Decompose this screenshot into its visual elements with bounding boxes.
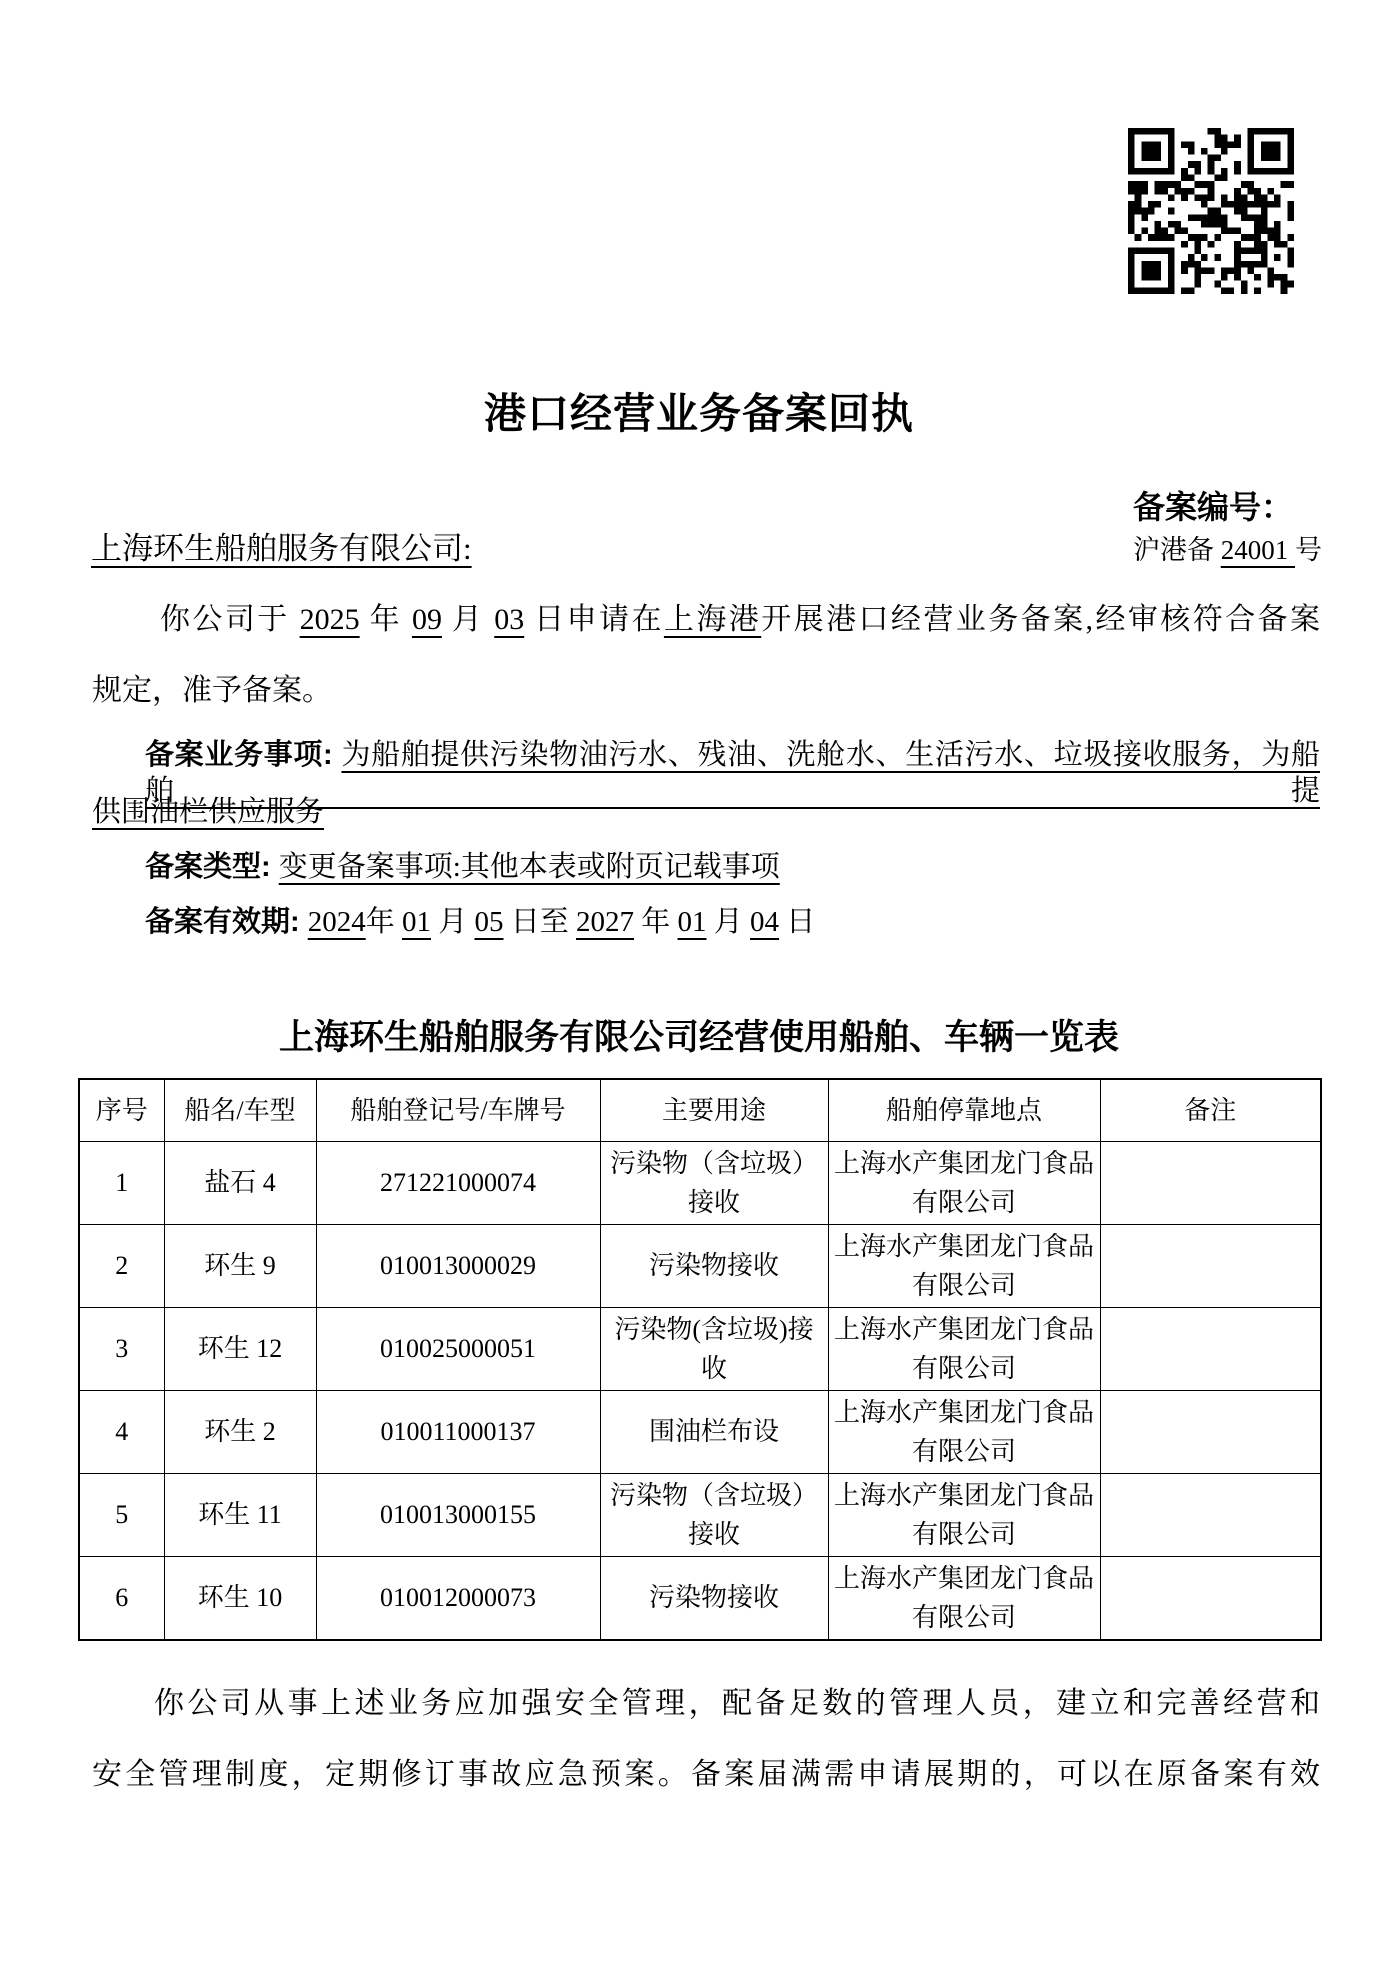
notice-line-1: 你公司于 2025 年 09 月 03 日申请在上海港开展港口经营业务备案,经审… <box>92 601 1320 639</box>
closing-line-2: 安全管理制度，定期修订事故应急预案。备案届满需申请展期的，可以在原备案有效 <box>92 1756 1320 1794</box>
cell-ship-name: 环生 10 <box>164 1556 316 1640</box>
header-ship-name: 船名/车型 <box>164 1079 316 1141</box>
cell-registry-no: 010011000137 <box>316 1390 600 1473</box>
header-berth-location: 船舶停靠地点 <box>828 1079 1100 1141</box>
cell-seq: 6 <box>79 1556 164 1640</box>
cell-berth-location: 上海水产集团龙门食品有限公司 <box>828 1307 1100 1390</box>
notice-line-2: 规定，准予备案。 <box>92 672 1320 710</box>
cell-berth-location: 上海水产集团龙门食品有限公司 <box>828 1390 1100 1473</box>
cell-main-use: 围油栏布设 <box>600 1390 828 1473</box>
port-name-value: 上海港 <box>664 603 761 636</box>
recipient-company: 上海环生船舶服务有限公司: <box>91 523 472 568</box>
cell-ship-name: 环生 11 <box>164 1473 316 1556</box>
document-title: 港口经营业务备案回执 <box>0 381 1398 441</box>
cell-main-use: 污染物(含垃圾)接收 <box>600 1307 828 1390</box>
filing-number-line: 备案编号： 沪港备 24001 号 <box>1106 451 1322 598</box>
header-seq: 序号 <box>79 1079 164 1141</box>
cell-registry-no: 010012000073 <box>316 1556 600 1640</box>
filing-number-prefix: 沪港备 <box>1133 535 1221 565</box>
filing-type-label: 备案类型: <box>145 851 279 883</box>
cell-ship-name: 环生 2 <box>164 1390 316 1473</box>
filing-type-value: 变更备案事项:其他本表或附页记载事项 <box>279 851 780 883</box>
cell-berth-location: 上海水产集团龙门食品有限公司 <box>828 1556 1100 1640</box>
cell-remarks <box>1100 1390 1321 1473</box>
table-row: 6 环生 10 010012000073 污染物接收 上海水产集团龙门食品有限公… <box>79 1556 1321 1640</box>
cell-registry-no: 010013000155 <box>316 1473 600 1556</box>
cell-ship-name: 盐石 4 <box>164 1141 316 1224</box>
table-row: 4 环生 2 010011000137 围油栏布设 上海水产集团龙门食品有限公司 <box>79 1390 1321 1473</box>
cell-main-use: 污染物接收 <box>600 1224 828 1307</box>
header-main-use: 主要用途 <box>600 1079 828 1141</box>
validity-period-line: 备案有效期: 2024年 01 月 05 日至 2027 年 01 月 04 日 <box>92 904 1373 940</box>
cell-ship-name: 环生 9 <box>164 1224 316 1307</box>
cell-seq: 2 <box>79 1224 164 1307</box>
cell-remarks <box>1100 1141 1321 1224</box>
validity-end-month: 01 <box>678 906 707 938</box>
table-header-row: 序号 船名/车型 船舶登记号/车牌号 主要用途 船舶停靠地点 备注 <box>79 1079 1321 1141</box>
table-row: 3 环生 12 010025000051 污染物(含垃圾)接收 上海水产集团龙门… <box>79 1307 1321 1390</box>
cell-main-use: 污染物（含垃圾）接收 <box>600 1141 828 1224</box>
vehicle-table-title: 上海环生船舶服务有限公司经营使用船舶、车辆一览表 <box>0 1010 1398 1060</box>
filing-number-label: 备案编号： <box>1133 489 1293 525</box>
business-items-label: 备案业务事项: <box>145 739 341 771</box>
closing-line-1: 你公司从事上述业务应加强安全管理，配备足数的管理人员，建立和完善经营和 <box>92 1685 1320 1723</box>
validity-end-year: 2027 <box>576 906 634 938</box>
cell-registry-no: 271221000074 <box>316 1141 600 1224</box>
cell-berth-location: 上海水产集团龙门食品有限公司 <box>828 1473 1100 1556</box>
cell-ship-name: 环生 12 <box>164 1307 316 1390</box>
validity-end-day: 04 <box>750 906 779 938</box>
cell-main-use: 污染物（含垃圾）接收 <box>600 1473 828 1556</box>
cell-seq: 5 <box>79 1473 164 1556</box>
qr-code <box>1128 128 1294 294</box>
header-registry-no: 船舶登记号/车牌号 <box>316 1079 600 1141</box>
header-remarks: 备注 <box>1100 1079 1321 1141</box>
notice-text: 你公司于 <box>160 603 300 636</box>
vehicle-table: 序号 船名/车型 船舶登记号/车牌号 主要用途 船舶停靠地点 备注 1 盐石 4… <box>78 1078 1322 1641</box>
cell-remarks <box>1100 1473 1321 1556</box>
cell-seq: 3 <box>79 1307 164 1390</box>
filing-number-suffix: 号 <box>1295 535 1322 565</box>
table-row: 5 环生 11 010013000155 污染物（含垃圾）接收 上海水产集团龙门… <box>79 1473 1321 1556</box>
validity-start-month: 01 <box>402 906 431 938</box>
cell-main-use: 污染物接收 <box>600 1556 828 1640</box>
table-row: 1 盐石 4 271221000074 污染物（含垃圾）接收 上海水产集团龙门食… <box>79 1141 1321 1224</box>
cell-registry-no: 010025000051 <box>316 1307 600 1390</box>
cell-remarks <box>1100 1307 1321 1390</box>
apply-day-value: 03 <box>494 603 524 636</box>
validity-start-year: 2024 <box>308 906 366 938</box>
apply-month-value: 09 <box>412 603 442 636</box>
table-row: 2 环生 9 010013000029 污染物接收 上海水产集团龙门食品有限公司 <box>79 1224 1321 1307</box>
filing-number-value: 24001 <box>1221 535 1295 565</box>
cell-seq: 1 <box>79 1141 164 1224</box>
business-items-line-2: 供围油栏供应服务 <box>92 794 1320 830</box>
validity-start-day: 05 <box>475 906 504 938</box>
cell-berth-location: 上海水产集团龙门食品有限公司 <box>828 1141 1100 1224</box>
document-page: 港口经营业务备案回执 备案编号： 沪港备 24001 号 上海环生船舶服务有限公… <box>0 0 1398 1977</box>
cell-remarks <box>1100 1556 1321 1640</box>
business-items-value-2: 供围油栏供应服务 <box>92 796 324 828</box>
cell-registry-no: 010013000029 <box>316 1224 600 1307</box>
cell-seq: 4 <box>79 1390 164 1473</box>
apply-year-value: 2025 <box>300 603 360 636</box>
validity-label: 备案有效期: <box>145 906 308 938</box>
cell-berth-location: 上海水产集团龙门食品有限公司 <box>828 1224 1100 1307</box>
filing-type-line: 备案类型: 变更备案事项:其他本表或附页记载事项 <box>92 849 1373 885</box>
cell-remarks <box>1100 1224 1321 1307</box>
